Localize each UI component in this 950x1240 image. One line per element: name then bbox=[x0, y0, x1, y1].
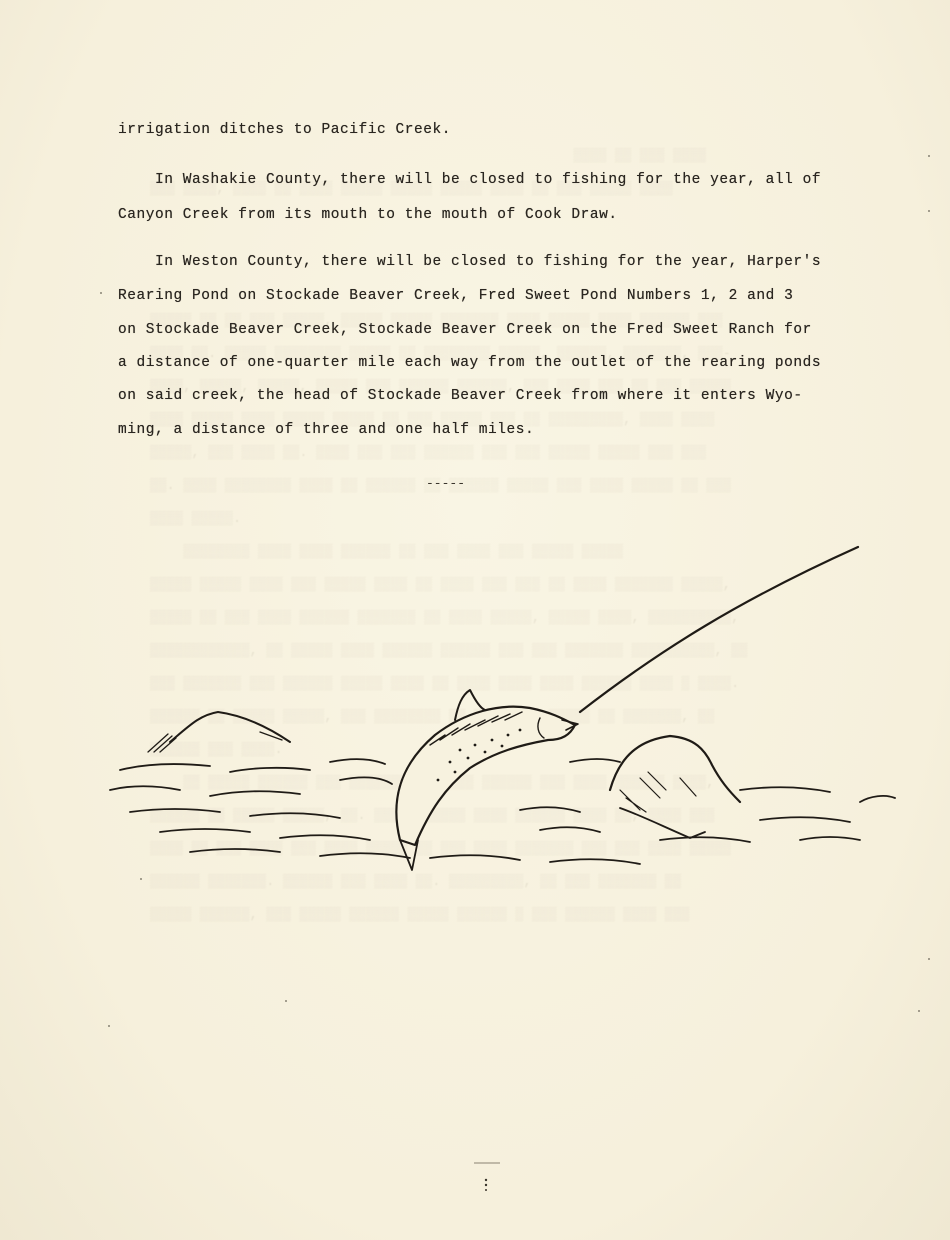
text-line: Canyon Creek from its mouth to the mouth… bbox=[118, 207, 618, 223]
text-line: irrigation ditches to Pacific Creek. bbox=[118, 122, 451, 138]
page-number-mark bbox=[472, 1160, 502, 1200]
section-separator: ----- bbox=[426, 476, 465, 491]
paper-speck bbox=[285, 1000, 287, 1002]
text-line: ming, a distance of three and one half m… bbox=[118, 422, 534, 438]
paper-speck bbox=[918, 1010, 920, 1012]
text-line: In Weston County, there will be closed t… bbox=[118, 254, 821, 270]
text-line: In Washakie County, there will be closed… bbox=[118, 172, 821, 188]
paper-speck bbox=[108, 1025, 110, 1027]
trout-icon bbox=[396, 707, 575, 845]
paper-speck bbox=[100, 292, 102, 294]
text-line: a distance of one-quarter mile each way … bbox=[118, 355, 821, 371]
paper-speck bbox=[928, 155, 930, 157]
paper-speck bbox=[928, 958, 930, 960]
paper-speck bbox=[140, 878, 142, 880]
text-line: on Stockade Beaver Creek, Stockade Beave… bbox=[118, 322, 812, 338]
leaping-trout-illustration bbox=[100, 540, 900, 880]
fishing-line-icon bbox=[580, 547, 858, 712]
text-line: on said creek, the head of Stockade Beav… bbox=[118, 388, 803, 404]
paper-speck bbox=[928, 210, 930, 212]
text-line: Rearing Pond on Stockade Beaver Creek, F… bbox=[118, 288, 793, 304]
document-page: ▒▒▒▒ ▒▒ ▒▒▒ ▒▒▒▒ ▒▒▒ ▒▒▒▒, ▒▒▒▒ ▒▒ ▒▒▒▒ … bbox=[0, 0, 950, 1240]
